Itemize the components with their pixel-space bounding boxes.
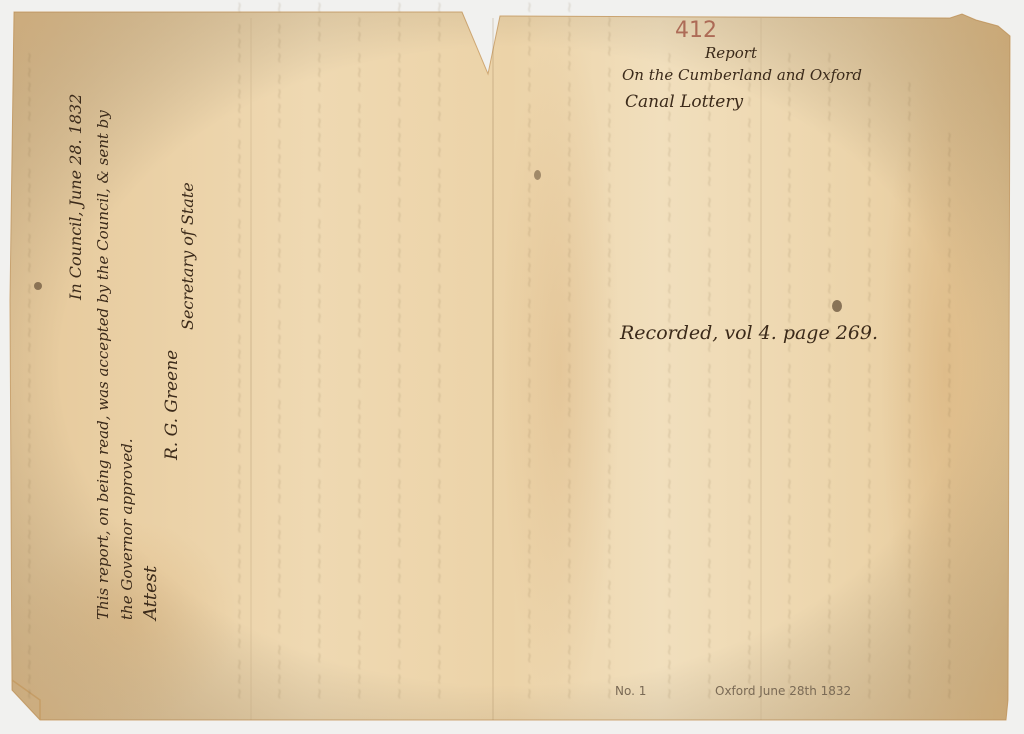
docket-title-subject: On the Cumberland and Oxford bbox=[622, 66, 862, 84]
docket-title-report: Report bbox=[705, 44, 757, 62]
footer-date-note: Oxford June 28th 1832 bbox=[715, 684, 851, 698]
attest-label: Attest bbox=[140, 566, 161, 620]
center-fold bbox=[492, 18, 494, 720]
footer-number: No. 1 bbox=[615, 684, 646, 698]
council-approval-line: the Governor approved. bbox=[118, 438, 136, 620]
secretary-signature: R. G. Greene bbox=[162, 350, 182, 460]
manuscript-page: ~~~ ~~~~ ~~~ ~~~~~ ~~ ~~~~~~ ~~~~ ~~~ ~~… bbox=[0, 0, 1024, 734]
folio-number: 412 bbox=[675, 18, 717, 43]
docket-title-lottery: Canal Lottery bbox=[625, 92, 743, 112]
council-acceptance-line: This report, on being read, was accepted… bbox=[94, 110, 112, 620]
council-date-line: In Council, June 28. 1832 bbox=[66, 94, 85, 300]
recorded-note: Recorded, vol 4. page 269. bbox=[620, 322, 878, 344]
secretary-title: Secretary of State bbox=[178, 182, 197, 330]
fold-line bbox=[250, 18, 252, 720]
fold-line bbox=[760, 18, 762, 720]
